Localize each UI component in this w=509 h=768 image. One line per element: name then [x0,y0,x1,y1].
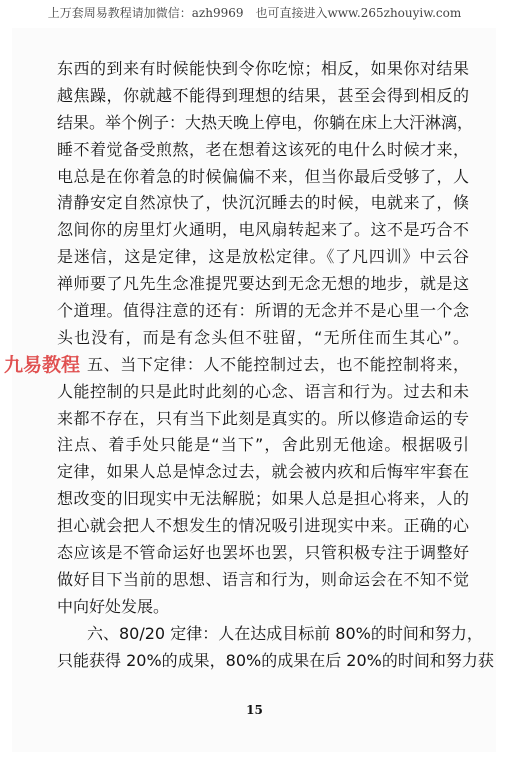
text-line: 越焦躁，你就越不能得到理想的结果，甚至会得到相反的 [57,83,469,110]
header-watermark: 上万套周易教程请加微信：azh9969 也可直接进入www.265zhouyiw… [0,4,509,21]
text-line: 清静安定自然凉快了，快沉沉睡去的时候，电就来了，倏 [57,190,469,217]
text-line: 做好目下当前的思想、语言和行为，则命运会在不知不觉 [57,567,469,594]
text-line: 睡不着觉备受煎熬，老在想着这该死的电什么时候才来， [57,137,469,164]
text-line: 人能控制的只是此时此刻的心念、语言和行为。过去和未 [57,379,469,406]
side-watermark: 九易教程 [4,350,80,377]
page-number: 15 [0,703,509,717]
body-text: 东西的到来有时候能快到令你吃惊；相反，如果你对结果 越焦躁，你就越不能得到理想的… [57,56,469,674]
section-heading-line: 六、80/20 定律：人在达成目标前 80%的时间和努力， [57,621,469,648]
text-line: 中向好处发展。 [57,594,469,621]
text-line: 来都不存在，只有当下此刻是真实的。所以修造命运的专 [57,406,469,433]
text-line: 结果。举个例子：大热天晚上停电，你躺在床上大汗淋漓， [57,110,469,137]
text-line: 注点、着手处只能是“当下”，舍此别无他途。根据吸引 [57,432,469,459]
text-line: 是迷信，这是定律，这是放松定律。《了凡四训》中云谷 [57,244,469,271]
text-line: 个道理。值得注意的还有：所谓的无念并不是心里一个念 [57,298,469,325]
section-heading-line: 五、当下定律：人不能控制过去，也不能控制将来， [57,352,469,379]
text-line: 电总是在你着急的时候偏偏不来，但当你最后受够了，人 [57,164,469,191]
text-line: 想改变的旧现实中无法解脱；如果人总是担心将来，人的 [57,486,469,513]
text-line: 忽间你的房里灯火通明，电风扇转起来了。这不是巧合不 [57,217,469,244]
text-line: 头也没有，而是有念头但不驻留，“无所住而生其心”。 [57,325,469,352]
text-line: 东西的到来有时候能快到令你吃惊；相反，如果你对结果 [57,56,469,83]
text-line: 态应该是不管命运好也罢坏也罢，只管积极专注于调整好 [57,540,469,567]
text-line: 定律，如果人总是悼念过去，就会被内疚和后悔牢牢套在 [57,459,469,486]
text-line: 只能获得 20%的成果，80%的成果在后 20%的时间和努力获 [57,648,469,675]
text-line: 担心就会把人不想发生的情况吸引进现实中来。正确的心 [57,513,469,540]
text-line: 禅师要了凡先生念准提咒要达到无念无想的地步，就是这 [57,271,469,298]
